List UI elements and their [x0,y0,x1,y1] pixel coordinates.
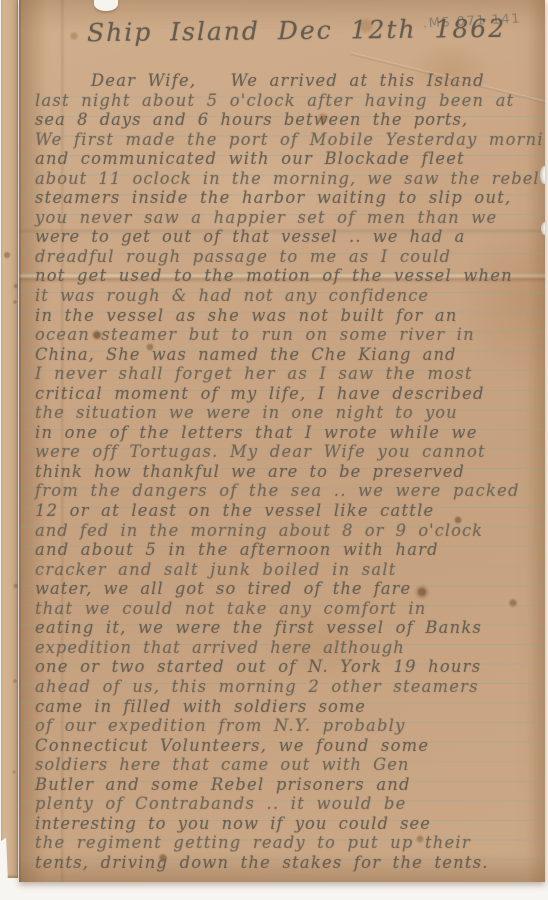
letter-line: in the vessel as she was not built for a… [35,306,545,326]
letter-line: one or two started out of N. York 19 hou… [35,657,545,677]
torn-edge-notch [540,166,545,184]
letter-line: dreadful rough passage to me as I could [35,247,545,267]
letter-line: expedition that arrived here although [35,638,545,658]
letter-line: came in filled with soldiers some [35,697,545,717]
letter-line: were off Tortugas. My dear Wife you cann… [35,442,545,462]
letter-line: I never shall forget her as I saw the mo… [35,364,545,384]
letter-line: plenty of Contrabands .. it would be [35,794,545,814]
letter-line: steamers inside the harbor waiting to sl… [35,188,545,208]
letter-line: water, we all got so tired of the fare [35,579,545,599]
letter-line: the regiment getting ready to put up the… [35,833,545,853]
letter-line: you never saw a happier set of men than … [35,208,545,228]
letter-line: and fed in the morning about 8 or 9 o'cl… [35,521,545,541]
letter-line: 12 or at least on the vessel like cattle [35,501,545,521]
letter-line: interesting to you now if you could see [35,814,545,834]
adjacent-page-edge [1,0,18,878]
letter-line: that we could not take any comfort in [35,599,545,619]
letter-line: were to get out of that vessel .. we had… [35,227,545,247]
torn-edge-notch [94,0,118,11]
letter-line: and communicated with our Blockade fleet [35,149,545,169]
letter-line: not get used to the motion of the vessel… [35,266,545,286]
letter-line: critical moment of my life, I have descr… [35,384,545,404]
letter-body: Dear Wife, We arrived at this Islandlast… [35,71,545,872]
letter-line: We first made the port of Mobile Yesterd… [35,130,545,150]
letter-line: last night about 5 o'clock after having … [35,91,545,111]
letter-dateline: Ship Island Dec 12th 1862 [87,14,506,47]
letter-line: in one of the letters that I wrote while… [35,423,545,443]
scanned-letter-document: .MS 071 141 Ship Island Dec 12th 1862 De… [0,0,548,900]
letter-paper-sheet: .MS 071 141 Ship Island Dec 12th 1862 De… [19,0,545,882]
letter-line: tents, driving down the stakes for the t… [35,853,545,873]
letter-line: it was rough & had not any confidence [35,286,545,306]
letter-line: Butler and some Rebel prisoners and [35,775,545,795]
letter-line: Connecticut Volunteers, we found some [35,736,545,756]
letter-line: and about 5 in the afternoon with hard [35,540,545,560]
letter-line: Dear Wife, We arrived at this Island [35,71,545,91]
letter-line: China, She was named the Che Kiang and [35,345,545,365]
letter-line: about 11 oclock in the morning, we saw t… [35,169,545,189]
letter-line: eating it, we were the first vessel of B… [35,618,545,638]
letter-line: ocean steamer but to run on some river i… [35,325,545,345]
letter-line: of our expedition from N.Y. probably [35,716,545,736]
letter-line: sea 8 days and 6 hours between the ports… [35,110,545,130]
torn-edge-notch [541,222,545,235]
letter-line: ahead of us, this morning 2 other steame… [35,677,545,697]
letter-line: think how thankful we are to be preserve… [35,462,545,482]
letter-line: cracker and salt junk boiled in salt [35,560,545,580]
letter-line: soldiers here that came out with Gen [35,755,545,775]
letter-line: from the dangers of the sea .. we were p… [35,481,545,501]
letter-line: the situation we were in one night to yo… [35,403,545,423]
